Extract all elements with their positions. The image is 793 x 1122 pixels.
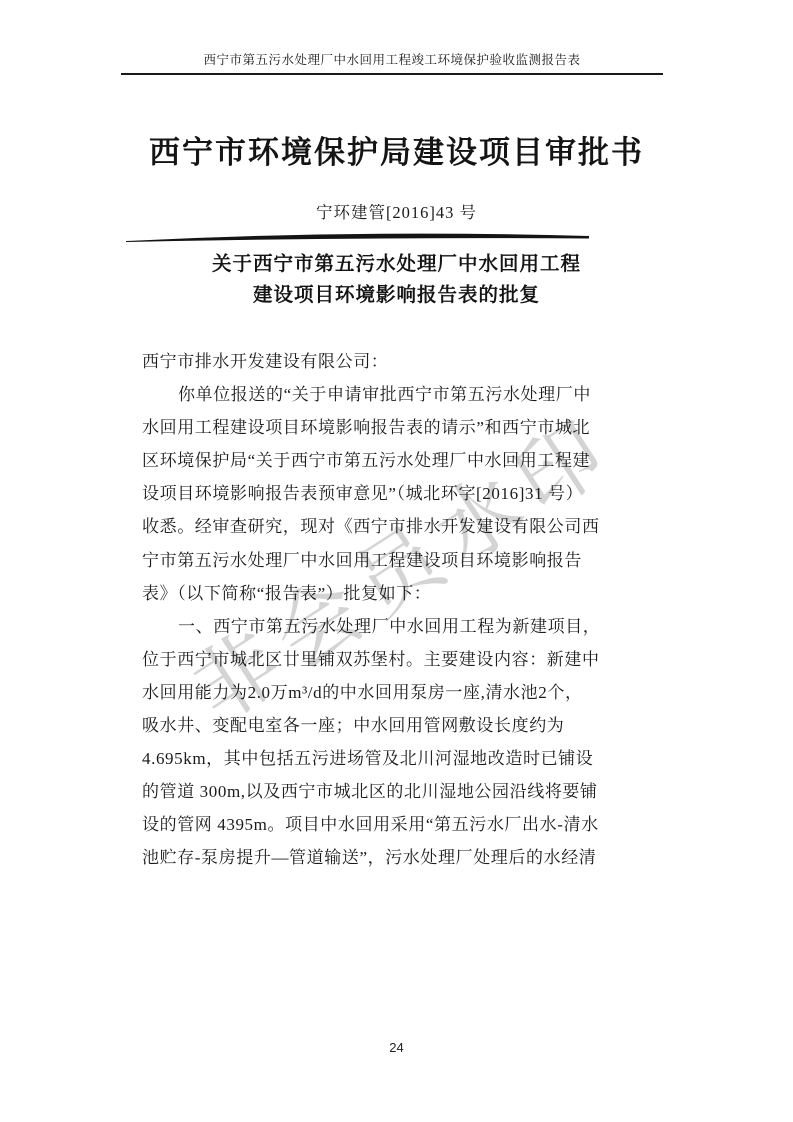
subject-heading: 关于西宁市第五污水处理厂中水回用工程 建设项目环境影响报告表的批复 xyxy=(0,249,793,311)
body-line: 水回用工程建设项目环境影响报告表的请示”和西宁市城北 xyxy=(142,411,604,444)
divider-swoosh xyxy=(124,228,592,246)
subject-line-1: 关于西宁市第五污水处理厂中水回用工程 xyxy=(0,249,793,280)
body-line: 一、西宁市第五污水处理厂中水回用工程为新建项目， xyxy=(142,610,604,643)
body-text: 西宁市排水开发建设有限公司：你单位报送的“关于申请审批西宁市第五污水处理厂中水回… xyxy=(142,345,604,875)
approval-doc-number: 宁环建管[2016]43 号 xyxy=(0,199,793,223)
body-line: 4.695km，其中包括五污进场管及北川河湿地改造时已铺设 xyxy=(142,742,604,775)
page-number: 24 xyxy=(0,1040,793,1055)
body-line: 吸水井、变配电室各一座；中水回用管网敷设长度约为 xyxy=(142,709,604,742)
subject-line-2: 建设项目环境影响报告表的批复 xyxy=(0,280,793,311)
document-page: 非会员水印 西宁市第五污水处理厂中水回用工程竣工环境保护验收监测报告表 西宁市环… xyxy=(0,0,793,1122)
body-line: 西宁市排水开发建设有限公司： xyxy=(142,345,604,378)
body-line: 宁市第五污水处理厂中水回用工程建设项目环境影响报告 xyxy=(142,544,604,577)
body-line: 收悉。经审查研究，现对《西宁市排水开发建设有限公司西 xyxy=(142,510,604,543)
body-line: 表》（以下简称“报告表”）批复如下： xyxy=(142,577,604,610)
body-line: 的管道 300m,以及西宁市城北区的北川湿地公园沿线将要铺 xyxy=(142,775,604,808)
body-line: 设的管网 4395m。项目中水回用采用“第五污水厂出水-清水 xyxy=(142,808,604,841)
body-line: 池贮存-泵房提升—管道输送”，污水处理厂处理后的水经清 xyxy=(142,841,604,874)
approval-title: 西宁市环境保护局建设项目审批书 xyxy=(0,127,793,172)
body-line: 区环境保护局“关于西宁市第五污水处理厂中水回用工程建 xyxy=(142,444,604,477)
running-header-title: 西宁市第五污水处理厂中水回用工程竣工环境保护验收监测报告表 xyxy=(121,50,663,75)
body-line: 位于西宁市城北区廿里铺双苏堡村。主要建设内容：新建中 xyxy=(142,643,604,676)
body-line: 水回用能力为2.0万m³/d的中水回用泵房一座,清水池2个， xyxy=(142,676,604,709)
body-line: 你单位报送的“关于申请审批西宁市第五污水处理厂中 xyxy=(142,378,604,411)
body-line: 设项目环境影响报告表预审意见”（城北环字[2016]31 号） xyxy=(142,477,604,510)
